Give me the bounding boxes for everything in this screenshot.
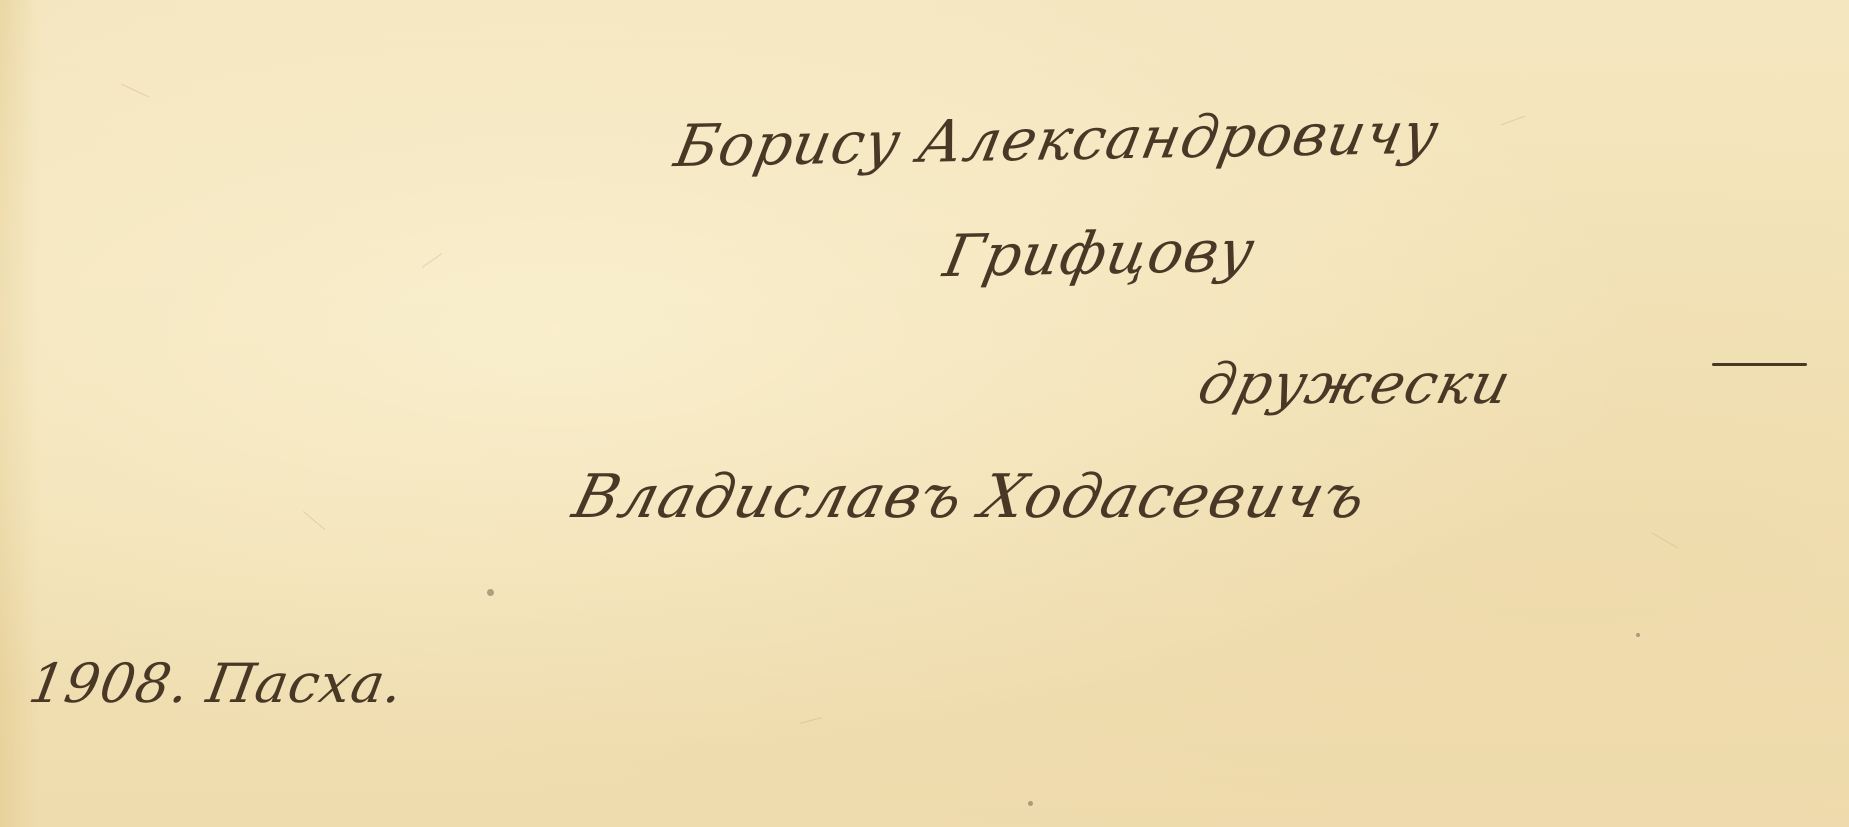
inscription-dash bbox=[1712, 363, 1807, 366]
inscription-recipient-name: Борису Александровичу bbox=[669, 99, 1444, 181]
paper-sheet: Борису Александровичу Грифцову дружески … bbox=[0, 0, 1849, 827]
paper-fiber bbox=[800, 717, 822, 724]
paper-fiber bbox=[1501, 116, 1526, 126]
ink-speck bbox=[1028, 801, 1033, 806]
inscription-date: 1908. Пасха. bbox=[24, 652, 408, 715]
ink-speck bbox=[1636, 633, 1640, 637]
paper-fiber bbox=[422, 253, 442, 268]
paper-fiber bbox=[303, 511, 325, 530]
ink-speck bbox=[487, 589, 494, 596]
inscription-signature: Владиславъ Ходасевичъ bbox=[566, 462, 1373, 532]
inscription-closing: дружески bbox=[1192, 352, 1518, 417]
paper-fiber bbox=[121, 84, 149, 98]
paper-fiber bbox=[1652, 533, 1678, 549]
inscription-recipient-surname: Грифцову bbox=[938, 216, 1260, 290]
